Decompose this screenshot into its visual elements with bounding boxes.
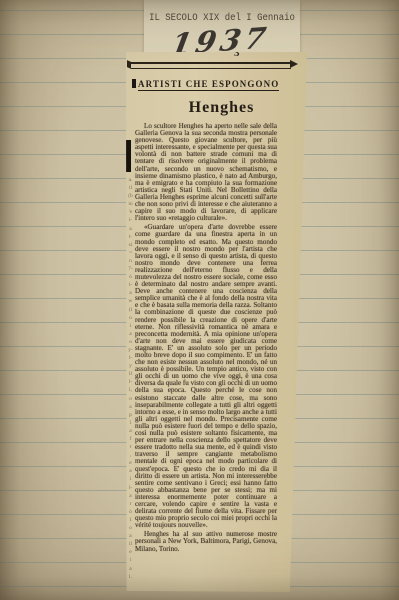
scanned-ledger-page: IL SECOLO XIX del I Gennaio 1937 3 ARTIS…	[0, 0, 399, 600]
double-rule-divider	[131, 62, 291, 69]
article-paragraph-quote: «Guardare un'opera d'arte dovrebbe esser…	[135, 224, 277, 529]
article-paragraph-closing: Henghes ha al suo attivo numerose mostre…	[135, 531, 277, 552]
section-header: ARTISTI CHE ESPONGONO	[138, 79, 279, 91]
typed-source-line: IL SECOLO XIX del I Gennaio	[144, 13, 300, 24]
article-paragraph-intro: Lo scultore Henghes ha aperto nelle sale…	[135, 123, 277, 222]
newspaper-clipping: 3 ARTISTI CHE ESPONGONO Henghes Lo scult…	[126, 52, 307, 592]
ink-mark	[132, 79, 136, 88]
margin-fragments-strip: a.il(bio'ei-al-si=n7-òl-aw(loiaoy-l-ylll…	[126, 176, 135, 590]
article-body: Lo scultore Henghes ha aperto nelle sale…	[126, 122, 307, 553]
headline: Henghes	[136, 99, 307, 117]
ink-bar	[126, 140, 131, 172]
section-header-row: ARTISTI CHE ESPONGONO	[132, 74, 307, 92]
